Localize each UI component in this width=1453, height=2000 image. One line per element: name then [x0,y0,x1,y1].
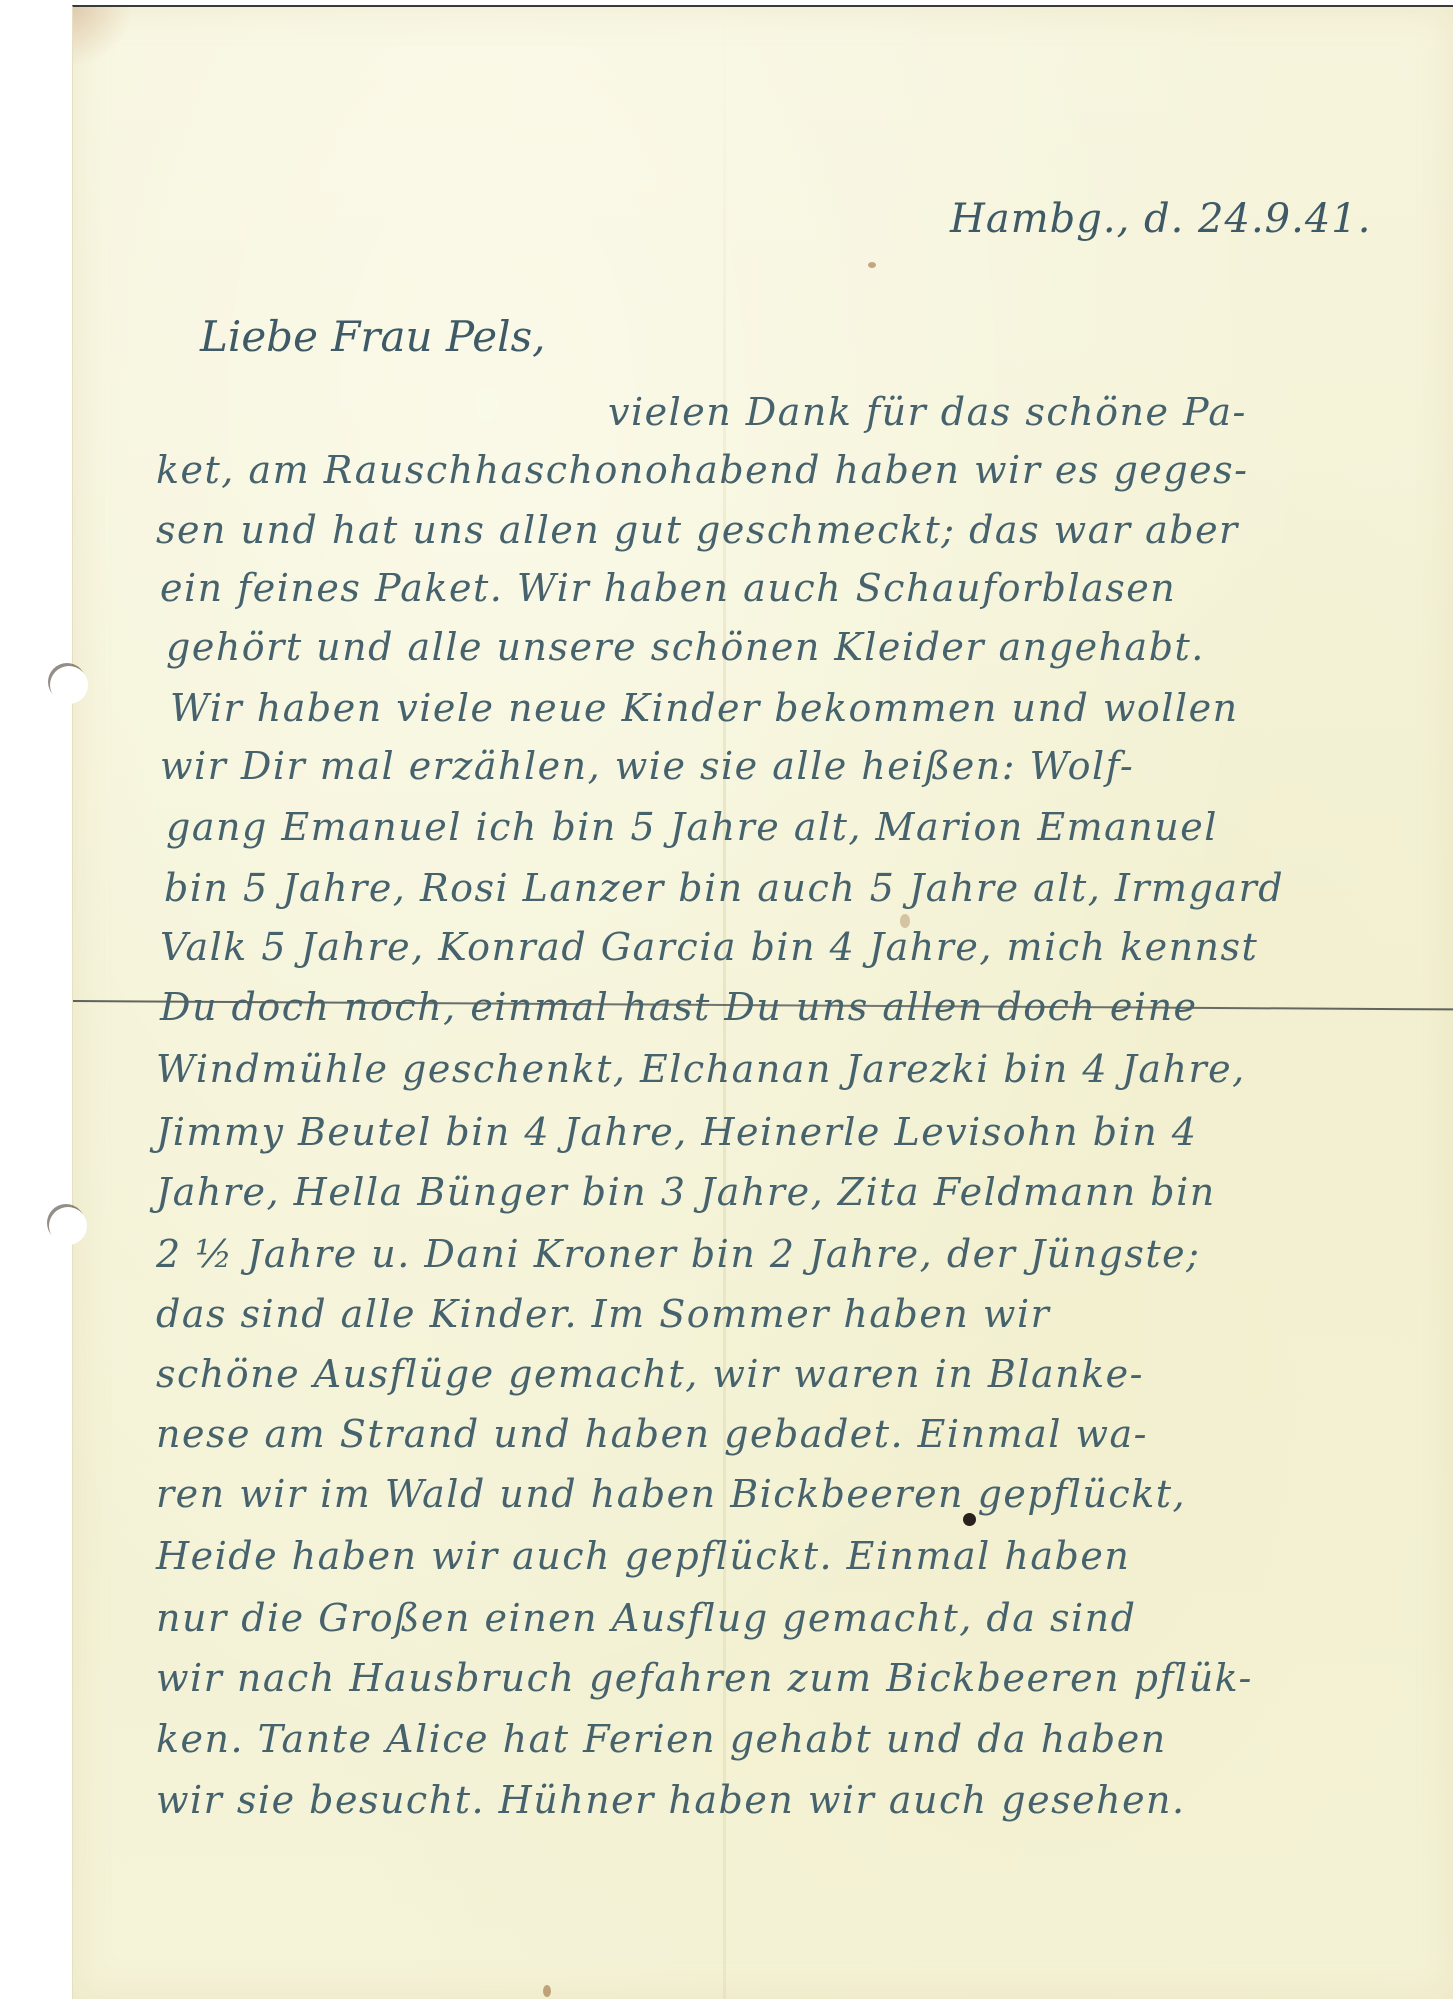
letter-line: Du doch noch, einmal hast Du uns allen d… [160,985,1198,1029]
letter-line: Valk 5 Jahre, Konrad Garcia bin 4 Jahre,… [160,925,1258,969]
letter-line: nese am Strand und haben gebadet. Einmal… [156,1412,1148,1456]
letter-line: bin 5 Jahre, Rosi Lanzer bin auch 5 Jahr… [164,866,1284,910]
letter-line: wir nach Hausbruch gefahren zum Bickbeer… [156,1656,1253,1700]
letter-line: Windmühle geschenkt, Elchanan Jarezki bi… [156,1047,1246,1091]
letter-line: ken. Tante Alice hat Ferien gehabt und d… [156,1717,1167,1761]
letter-line: 2 ½ Jahre u. Dani Kroner bin 2 Jahre, de… [156,1232,1200,1276]
letter-line: Heide haben wir auch gepflückt. Einmal h… [156,1534,1130,1578]
letter-line: vielen Dank für das schöne Pa- [608,390,1247,434]
letter-line: nur die Großen einen Ausflug gemacht, da… [156,1596,1136,1640]
letter-line: wir Dir mal erzählen, wie sie alle heiße… [160,744,1134,788]
letter-line: Wir haben viele neue Kinder bekommen und… [170,686,1239,730]
letter-line: Jahre, Hella Bünger bin 3 Jahre, Zita Fe… [156,1170,1216,1214]
letter-line: wir sie besucht. Hühner haben wir auch g… [156,1778,1186,1822]
letter-line: schöne Ausflüge gemacht, wir waren in Bl… [156,1352,1144,1396]
letter-line: das sind alle Kinder. Im Sommer haben wi… [156,1292,1050,1336]
letter-line: gang Emanuel ich bin 5 Jahre alt, Marion… [166,805,1218,849]
letter-line: gehört und alle unsere schönen Kleider a… [166,625,1205,669]
letter-line: sen und hat uns allen gut geschmeckt; da… [156,508,1239,552]
letter-line: ein feines Paket. Wir haben auch Schaufo… [160,566,1176,610]
letter-line: ren wir im Wald und haben Bickbeeren gep… [156,1472,1186,1516]
letter-line: Jimmy Beutel bin 4 Jahre, Heinerle Levis… [156,1110,1197,1154]
letter-line: ket, am Rauschhaschonohabend haben wir e… [156,448,1248,492]
letter-body: vielen Dank für das schöne Pa- ket, am R… [0,0,1453,2000]
